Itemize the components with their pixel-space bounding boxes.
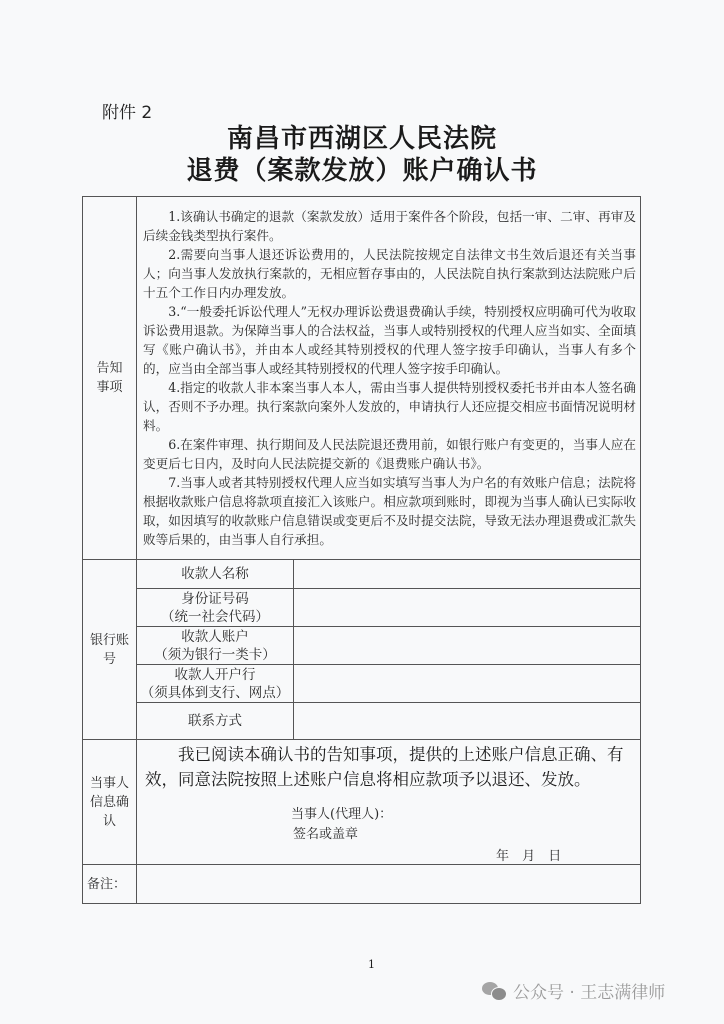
confirmation-content: 我已阅读本确认书的告知事项，提供的上述账户信息正确、有效，同意法院按照上述账户信… <box>137 740 641 865</box>
bank-label: 银行账号 <box>83 560 137 740</box>
notice-item-2: 2.需要向当事人退还诉讼费用的，人民法院按规定自法律文书生效后退还有关当事人；向… <box>143 245 636 302</box>
confirmation-row: 当事人信息确认 我已阅读本确认书的告知事项，提供的上述账户信息正确、有效，同意法… <box>83 740 641 865</box>
payee-name-label-text: 收款人名称 <box>137 565 293 583</box>
contact-label: 联系方式 <box>137 703 294 740</box>
notice-item-3: 3.“一般委托诉讼代理人”无权办理诉讼费退费确认手续，特别授权应明确可代为收取诉… <box>143 302 636 378</box>
notice-item-7: 7.当事人或者其特别授权代理人应当如实填写当事人为户名的有效账户信息；法院将根据… <box>143 473 636 549</box>
confirmation-statement: 我已阅读本确认书的告知事项，提供的上述账户信息正确、有效，同意法院按照上述账户信… <box>145 742 634 792</box>
account-sub-label: （须为银行一类卡） <box>137 646 293 664</box>
bank-row-contact: 联系方式 <box>83 703 641 740</box>
id-number-field[interactable] <box>294 589 641 627</box>
remarks-label-text: 备注： <box>87 877 126 892</box>
id-number-sub-label: （统一社会代码） <box>137 608 293 626</box>
id-number-label: 身份证号码 （统一社会代码） <box>137 589 294 627</box>
remarks-row: 备注： <box>83 865 641 904</box>
document-title: 退费（案款发放）账户确认书 <box>0 150 724 187</box>
bank-row-bank-branch: 收款人开户行 （须具体到支行、网点） <box>83 665 641 703</box>
notice-row: 告知事项 1.该确认书确定的退款（案款发放）适用于案件各个阶段，包括一审、二审、… <box>83 197 641 560</box>
payee-name-field[interactable] <box>294 560 641 589</box>
date-field[interactable]: 年 月 日 <box>496 845 561 864</box>
notice-item-6: 6.在案件审理、执行期间及人民法院退还费用前，如银行账户有变更的，当事人应在变更… <box>143 435 636 473</box>
confirmation-form-table: 告知事项 1.该确认书确定的退款（案款发放）适用于案件各个阶段，包括一审、二审、… <box>82 196 641 904</box>
bank-branch-field[interactable] <box>294 665 641 703</box>
remarks-field[interactable] <box>137 865 641 904</box>
bank-branch-sub-label: （须具体到支行、网点） <box>137 684 293 702</box>
watermark-text: 公众号 · 王志满律师 <box>513 978 665 1003</box>
notice-label: 告知事项 <box>83 197 137 560</box>
contact-field[interactable] <box>294 703 641 740</box>
confirmation-label-text: 当事人信息确认 <box>89 774 131 831</box>
bank-row-id-number: 身份证号码 （统一社会代码） <box>83 589 641 627</box>
confirmation-label: 当事人信息确认 <box>83 740 137 865</box>
account-field[interactable] <box>294 627 641 665</box>
notice-content: 1.该确认书确定的退款（案款发放）适用于案件各个阶段，包括一审、二审、再审及后续… <box>137 197 641 560</box>
sign-or-seal-label[interactable]: 签名或盖章 <box>293 823 358 842</box>
notice-item-1: 1.该确认书确定的退款（案款发放）适用于案件各个阶段，包括一审、二审、再审及后续… <box>143 207 636 245</box>
watermark: 公众号 · 王志满律师 <box>482 978 665 1003</box>
bank-branch-label-text: 收款人开户行 <box>137 666 293 684</box>
page-number: 1 <box>368 958 375 971</box>
party-signature-label: 当事人(代理人)： <box>291 803 392 822</box>
bank-row-payee-name: 银行账号 收款人名称 <box>83 560 641 589</box>
wechat-icon <box>482 981 508 1001</box>
bank-label-text: 银行账号 <box>90 631 130 669</box>
notice-label-text: 告知事项 <box>95 359 125 397</box>
account-label-text: 收款人账户 <box>137 628 293 646</box>
account-label: 收款人账户 （须为银行一类卡） <box>137 627 294 665</box>
payee-name-label: 收款人名称 <box>137 560 294 589</box>
notice-item-4: 4.指定的收款人非本案当事人本人，需由当事人提供特别授权委托书并由本人签名确认，… <box>143 378 636 435</box>
id-number-label-text: 身份证号码 <box>137 590 293 608</box>
contact-label-text: 联系方式 <box>137 712 293 730</box>
bank-branch-label: 收款人开户行 （须具体到支行、网点） <box>137 665 294 703</box>
remarks-label: 备注： <box>83 865 137 904</box>
bank-row-account: 收款人账户 （须为银行一类卡） <box>83 627 641 665</box>
